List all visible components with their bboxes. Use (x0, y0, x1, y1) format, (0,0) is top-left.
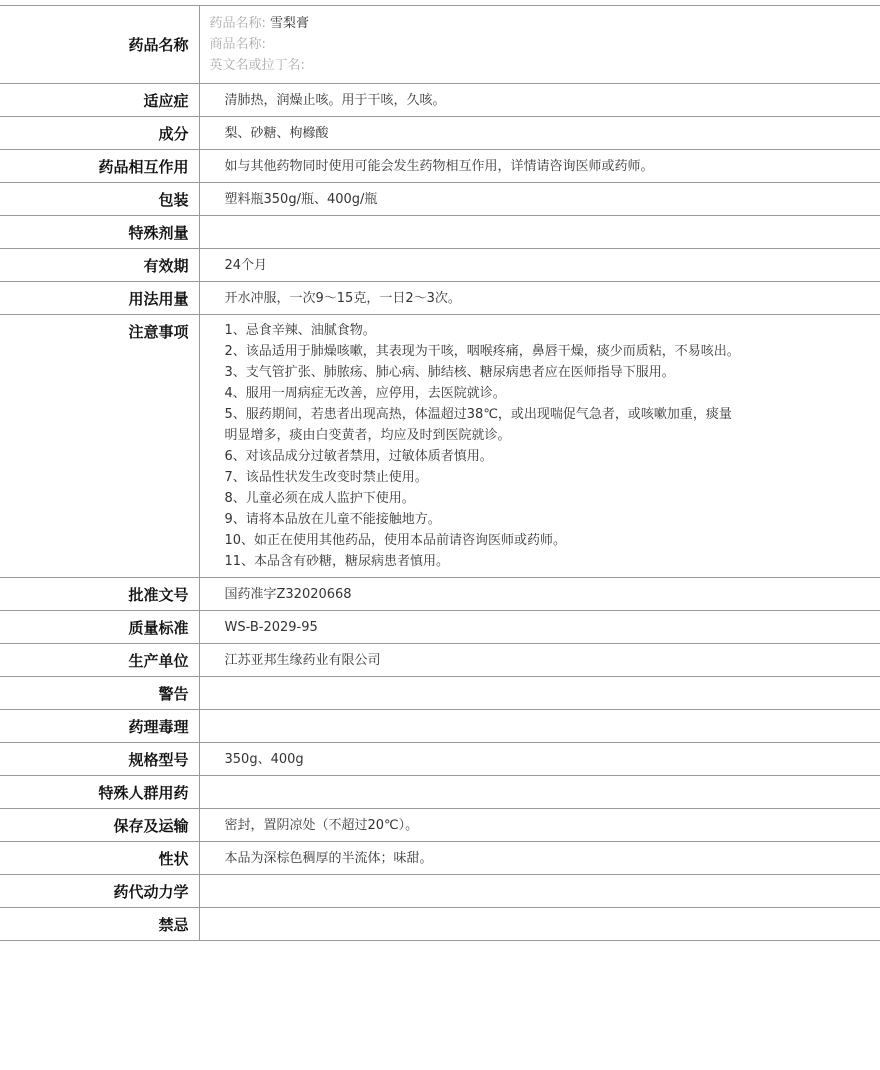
label-packaging: 包装 (0, 183, 199, 216)
label-dosage: 用法用量 (0, 282, 199, 315)
label-drug-name: 药品名称 (0, 6, 199, 84)
row-dosage: 用法用量 开水冲服，一次9～15克，一日2～3次。 (0, 282, 880, 315)
row-packaging: 包装 塑料瓶350g/瓶、400g/瓶 (0, 183, 880, 216)
label-storage: 保存及运输 (0, 809, 199, 842)
latin-name-label: 英文名或拉丁名: (210, 58, 305, 73)
label-special-populations: 特殊人群用药 (0, 776, 199, 809)
generic-name-label: 药品名称: (210, 16, 266, 31)
value-appearance: 本品为深棕色稠厚的半流体；味甜。 (199, 842, 880, 875)
label-pharmacology: 药理毒理 (0, 710, 199, 743)
label-contraindications: 禁忌 (0, 908, 199, 941)
trade-name-label: 商品名称: (210, 37, 266, 52)
trade-name-line: 商品名称: (210, 34, 880, 55)
value-drug-name: 药品名称: 雪梨膏 商品名称: 英文名或拉丁名: (199, 6, 880, 84)
row-shelf-life: 有效期 24个月 (0, 249, 880, 282)
row-precautions: 注意事项 1、忌食辛辣、油腻食物。 2、该品适用于肺燥咳嗽，其表现为干咳，咽喉疼… (0, 315, 880, 578)
value-warning (199, 677, 880, 710)
label-pharmacokinetics: 药代动力学 (0, 875, 199, 908)
value-approval-number: 国药准字Z32020668 (199, 578, 880, 611)
precaution-line: 6、对该品成分过敏者禁用，过敏体质者慎用。 (225, 446, 880, 467)
label-indications: 适应症 (0, 84, 199, 117)
value-pharmacology (199, 710, 880, 743)
precaution-line: 2、该品适用于肺燥咳嗽，其表现为干咳，咽喉疼痛，鼻唇干燥，痰少而质粘，不易咳出。 (225, 341, 880, 362)
row-special-dosage: 特殊剂量 (0, 216, 880, 249)
row-special-populations: 特殊人群用药 (0, 776, 880, 809)
row-pharmacology: 药理毒理 (0, 710, 880, 743)
generic-name-value: 雪梨膏 (270, 16, 309, 31)
row-warning: 警告 (0, 677, 880, 710)
row-ingredients: 成分 梨、砂糖、枸橼酸 (0, 117, 880, 150)
value-indications: 清肺热，润燥止咳。用于干咳，久咳。 (199, 84, 880, 117)
precaution-line: 9、请将本品放在儿童不能接触地方。 (225, 509, 880, 530)
label-warning: 警告 (0, 677, 199, 710)
value-precautions: 1、忌食辛辣、油腻食物。 2、该品适用于肺燥咳嗽，其表现为干咳，咽喉疼痛，鼻唇干… (199, 315, 880, 578)
value-pharmacokinetics (199, 875, 880, 908)
label-specification: 规格型号 (0, 743, 199, 776)
row-approval-number: 批准文号 国药准字Z32020668 (0, 578, 880, 611)
label-precautions: 注意事项 (0, 315, 199, 578)
value-packaging: 塑料瓶350g/瓶、400g/瓶 (199, 183, 880, 216)
label-quality-standard: 质量标准 (0, 611, 199, 644)
precaution-line: 8、儿童必须在成人监护下使用。 (225, 488, 880, 509)
value-special-populations (199, 776, 880, 809)
label-appearance: 性状 (0, 842, 199, 875)
latin-name-line: 英文名或拉丁名: (210, 55, 880, 76)
row-specification: 规格型号 350g、400g (0, 743, 880, 776)
precaution-line: 7、该品性状发生改变时禁止使用。 (225, 467, 880, 488)
precaution-line: 1、忌食辛辣、油腻食物。 (225, 320, 880, 341)
label-special-dosage: 特殊剂量 (0, 216, 199, 249)
precaution-line: 5、服药期间，若患者出现高热，体温超过38℃，或出现喘促气急者，或咳嗽加重，痰量 (225, 404, 880, 425)
value-manufacturer: 江苏亚邦生缘药业有限公司 (199, 644, 880, 677)
row-drug-name: 药品名称 药品名称: 雪梨膏 商品名称: 英文名或拉丁名: (0, 6, 880, 84)
row-interactions: 药品相互作用 如与其他药物同时使用可能会发生药物相互作用，详情请咨询医师或药师。 (0, 150, 880, 183)
value-interactions: 如与其他药物同时使用可能会发生药物相互作用，详情请咨询医师或药师。 (199, 150, 880, 183)
row-manufacturer: 生产单位 江苏亚邦生缘药业有限公司 (0, 644, 880, 677)
label-ingredients: 成分 (0, 117, 199, 150)
label-manufacturer: 生产单位 (0, 644, 199, 677)
value-quality-standard: WS-B-2029-95 (199, 611, 880, 644)
generic-name-line: 药品名称: 雪梨膏 (210, 13, 880, 34)
precaution-line: 明显增多，痰由白变黄者，均应及时到医院就诊。 (225, 425, 880, 446)
precaution-line: 3、支气管扩张、肺脓疡、肺心病、肺结核、糖尿病患者应在医师指导下服用。 (225, 362, 880, 383)
value-storage: 密封，置阴凉处（不超过20℃）。 (199, 809, 880, 842)
row-contraindications: 禁忌 (0, 908, 880, 941)
row-pharmacokinetics: 药代动力学 (0, 875, 880, 908)
row-storage: 保存及运输 密封，置阴凉处（不超过20℃）。 (0, 809, 880, 842)
value-dosage: 开水冲服，一次9～15克，一日2～3次。 (199, 282, 880, 315)
precaution-line: 4、服用一周病症无改善，应停用，去医院就诊。 (225, 383, 880, 404)
value-contraindications (199, 908, 880, 941)
value-special-dosage (199, 216, 880, 249)
row-appearance: 性状 本品为深棕色稠厚的半流体；味甜。 (0, 842, 880, 875)
value-specification: 350g、400g (199, 743, 880, 776)
label-approval-number: 批准文号 (0, 578, 199, 611)
precaution-line: 11、本品含有砂糖，糖尿病患者慎用。 (225, 551, 880, 572)
value-shelf-life: 24个月 (199, 249, 880, 282)
row-indications: 适应症 清肺热，润燥止咳。用于干咳，久咳。 (0, 84, 880, 117)
label-shelf-life: 有效期 (0, 249, 199, 282)
precaution-line: 10、如正在使用其他药品，使用本品前请咨询医师或药师。 (225, 530, 880, 551)
value-ingredients: 梨、砂糖、枸橼酸 (199, 117, 880, 150)
drug-spec-table: 药品名称 药品名称: 雪梨膏 商品名称: 英文名或拉丁名: 适应症 清肺热，润燥… (0, 5, 880, 941)
label-interactions: 药品相互作用 (0, 150, 199, 183)
row-quality-standard: 质量标准 WS-B-2029-95 (0, 611, 880, 644)
